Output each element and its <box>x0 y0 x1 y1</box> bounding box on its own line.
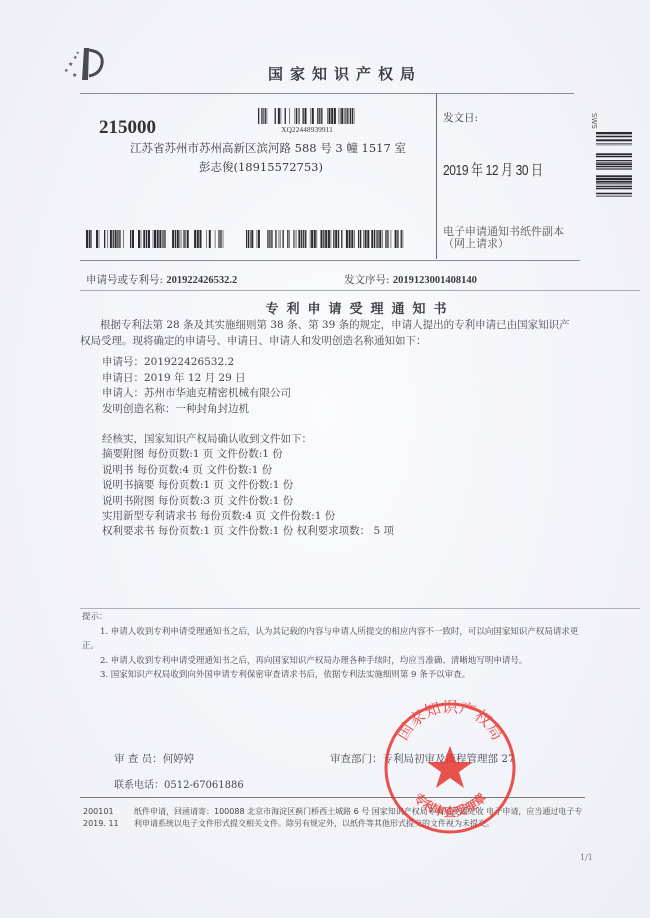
document-title: 专利申请受理通知书 <box>0 298 650 317</box>
serial-number: 2019123001408140 <box>393 275 477 286</box>
document-page: ★ ★ ★ ★ ★ 国家知识产权局 215000 XQ22448939911 江… <box>0 0 650 918</box>
file-row: 说明书 每份页数:4 页 文件份数:1 份 <box>102 463 394 478</box>
field-row: 申请人：苏州市华迪克精密机械有限公司 <box>102 386 291 402</box>
page-number: 1/1 <box>580 853 593 862</box>
header-divider <box>80 93 574 94</box>
barcode-2 <box>246 230 406 248</box>
side-code: SWS <box>590 113 598 129</box>
intro-paragraph: 根据专利法第 28 条及其实施细则第 38 条、第 39 条的规定，申请人提出的… <box>80 318 580 349</box>
issue-date: 2019 年 12 月 30 日 <box>443 159 543 180</box>
serial-number-label: 发文序号: <box>344 274 390 286</box>
file-row: 说明书摘要 每份页数:1 页 文件份数:1 份 <box>102 478 394 493</box>
recipient-name: 彭志俊(18915572753) <box>199 159 323 175</box>
field-row: 发明创造名称：一种封角封边机 <box>102 402 291 418</box>
application-fields: 申请号：201922426532.2 申请日：2019 年 12 月 29 日 … <box>102 355 291 417</box>
official-seal-icon: 国家知识产权局 专利审查受理章 <box>382 700 518 836</box>
file-row: 摘要附图 每份页数:1 页 文件份数:1 份 <box>102 447 394 462</box>
divider <box>80 260 580 261</box>
contact-phone: 联系电话：0512-67061886 <box>114 778 244 794</box>
hints-divider <box>80 608 640 609</box>
file-row: 实用新型专利请求书 每份页数:4 页 文件份数:1 份 <box>102 509 394 524</box>
svg-text:专利审查受理章: 专利审查受理章 <box>411 790 489 819</box>
file-row: 权利要求书 每份页数:1 页 文件份数:1 份 权利要求项数： 5 项 <box>102 524 394 539</box>
hints-section: 提示： 1. 申请人收到专利申请受理通知书之后，认为其记载的内容与申请人所提交的… <box>82 610 582 683</box>
application-number-row: 申请号或专利号: 201922426532.2 <box>86 272 237 287</box>
barcode-1 <box>86 230 224 248</box>
postcode: 215000 <box>99 117 156 139</box>
header-vertical-divider <box>436 94 437 259</box>
hint-item: 3. 国家知识产权局收到向外国申请专利保密审查请求书后，依据专利法实施细则第 9… <box>82 668 582 683</box>
footer-code: 200101 2019. 11 <box>83 806 119 830</box>
application-number: 201922426532.2 <box>166 275 237 286</box>
address-barcode <box>258 108 356 124</box>
files-intro: 经核实，国家知识产权局确认收到文件如下： <box>102 432 394 447</box>
copy-note: 电子申请通知书纸件副本（网上请求） <box>443 226 583 250</box>
barcode-id: XQ22448939911 <box>258 125 356 134</box>
svg-text:★: ★ <box>73 55 78 61</box>
divider <box>80 290 640 291</box>
field-row: 申请号：201922426532.2 <box>102 355 291 371</box>
hints-label: 提示： <box>82 610 582 625</box>
application-number-label: 申请号或专利号: <box>86 274 163 286</box>
svg-text:★: ★ <box>76 50 80 55</box>
org-title: 国家知识产权局 <box>0 63 650 84</box>
file-row: 说明书附图 每份页数:3 页 文件份数:1 份 <box>102 494 394 509</box>
field-row: 申请日：2019 年 12 月 29 日 <box>102 371 291 387</box>
received-files: 经核实，国家知识产权局确认收到文件如下： 摘要附图 每份页数:1 页 文件份数:… <box>102 432 394 540</box>
recipient-address: 江苏省苏州市苏州高新区滨河路 588 号 3 幢 1517 室 <box>130 140 406 156</box>
serial-number-row: 发文序号: 2019123001408140 <box>344 272 477 287</box>
side-barcode <box>596 132 632 200</box>
svg-text:国家知识产权局: 国家知识产权局 <box>393 700 508 743</box>
issue-date-label: 发文日: <box>443 110 478 125</box>
hint-item: 1. 申请人收到专利申请受理通知书之后，认为其记载的内容与申请人所提交的相应内容… <box>82 625 582 654</box>
reviewer: 审 查 员：何婷婷 <box>114 752 194 768</box>
hint-item: 2. 申请人收到专利申请受理通知书之后，再向国家知识产权局办理各种手续时，均应当… <box>82 654 582 669</box>
